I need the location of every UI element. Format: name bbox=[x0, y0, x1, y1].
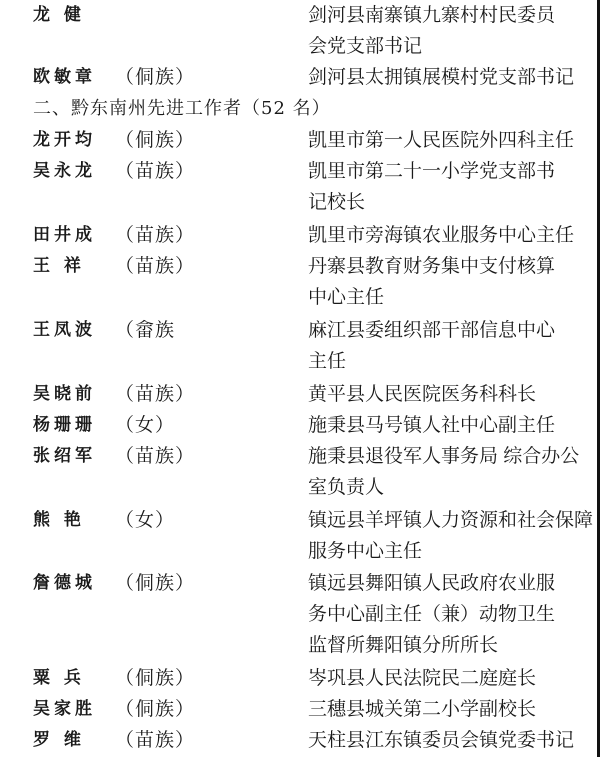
position-line: 务中心副主任（兼）动物卫生 bbox=[308, 599, 555, 630]
ethnicity: （侗族） bbox=[115, 694, 195, 725]
position-line: 凯里市第一人民医院外四科主任 bbox=[308, 125, 574, 156]
ethnicity: （苗族） bbox=[115, 251, 195, 282]
ethnicity: （侗族） bbox=[115, 663, 195, 694]
position-line: 岑巩县人民法院民二庭庭长 bbox=[308, 663, 536, 694]
position-line: 中心主任 bbox=[308, 282, 384, 313]
person-name: 欧敏章 bbox=[33, 62, 96, 93]
ethnicity: （苗族） bbox=[115, 156, 195, 187]
position-line: 丹寨县教育财务集中支付核算 bbox=[308, 251, 555, 282]
person-name: 吴晓前 bbox=[33, 379, 96, 410]
person-name: 粟 兵 bbox=[33, 663, 85, 694]
position-line: 麻江县委组织部干部信息中心 bbox=[308, 315, 555, 346]
ethnicity: （苗族） bbox=[115, 379, 195, 410]
ethnicity: （女） bbox=[115, 505, 175, 536]
position-line: 剑河县太拥镇展模村党支部书记 bbox=[308, 62, 574, 93]
person-name: 张绍军 bbox=[33, 441, 96, 472]
ethnicity: （苗族） bbox=[115, 220, 195, 251]
ethnicity: （女） bbox=[115, 410, 175, 441]
person-name: 詹德城 bbox=[33, 568, 96, 599]
position-line: 会党支部书记 bbox=[308, 31, 422, 62]
ethnicity: （侗族） bbox=[115, 62, 195, 93]
ethnicity: （侗族） bbox=[115, 125, 195, 156]
position-line: 服务中心主任 bbox=[308, 536, 422, 567]
position-line: 凯里市第二十一小学党支部书 bbox=[308, 156, 555, 187]
position-line: 室负责人 bbox=[308, 472, 384, 503]
position-line: 镇远县羊坪镇人力资源和社会保障 bbox=[308, 505, 593, 536]
person-name: 龙开均 bbox=[33, 125, 96, 156]
document-page: 龙 健 剑河县南寨镇九寨村村民委员 会党支部书记 欧敏章 （侗族） 剑河县太拥镇… bbox=[0, 0, 600, 757]
person-name: 王凤波 bbox=[33, 315, 96, 346]
position-line: 黄平县人民医院医务科科长 bbox=[308, 379, 536, 410]
ethnicity: （苗族） bbox=[115, 441, 195, 472]
person-name: 龙 健 bbox=[33, 0, 85, 31]
person-name: 罗 维 bbox=[33, 725, 85, 756]
section-heading: 二、黔东南州先进工作者（52 名） bbox=[33, 93, 331, 124]
position-line: 记校长 bbox=[308, 187, 365, 218]
position-line: 凯里市旁海镇农业服务中心主任 bbox=[308, 220, 574, 251]
ethnicity: （畲族 bbox=[115, 315, 175, 346]
position-line: 施秉县马号镇人社中心副主任 bbox=[308, 410, 555, 441]
position-line: 主任 bbox=[308, 346, 346, 377]
position-line: 监督所舞阳镇分所所长 bbox=[308, 630, 498, 661]
position-line: 剑河县南寨镇九寨村村民委员 bbox=[308, 0, 555, 31]
ethnicity: （苗族） bbox=[115, 725, 195, 756]
position-line: 镇远县舞阳镇人民政府农业服 bbox=[308, 568, 555, 599]
person-name: 吴永龙 bbox=[33, 156, 96, 187]
ethnicity: （侗族） bbox=[115, 568, 195, 599]
position-line: 天柱县江东镇委员会镇党委书记 bbox=[308, 725, 574, 756]
person-name: 田井成 bbox=[33, 220, 96, 251]
position-line: 施秉县退役军人事务局 综合办公 bbox=[308, 441, 579, 472]
person-name: 吴家胜 bbox=[33, 694, 96, 725]
person-name: 熊 艳 bbox=[33, 505, 85, 536]
position-line: 三穗县城关第二小学副校长 bbox=[308, 694, 536, 725]
person-name: 王 祥 bbox=[33, 251, 85, 282]
person-name: 杨珊珊 bbox=[33, 410, 96, 441]
